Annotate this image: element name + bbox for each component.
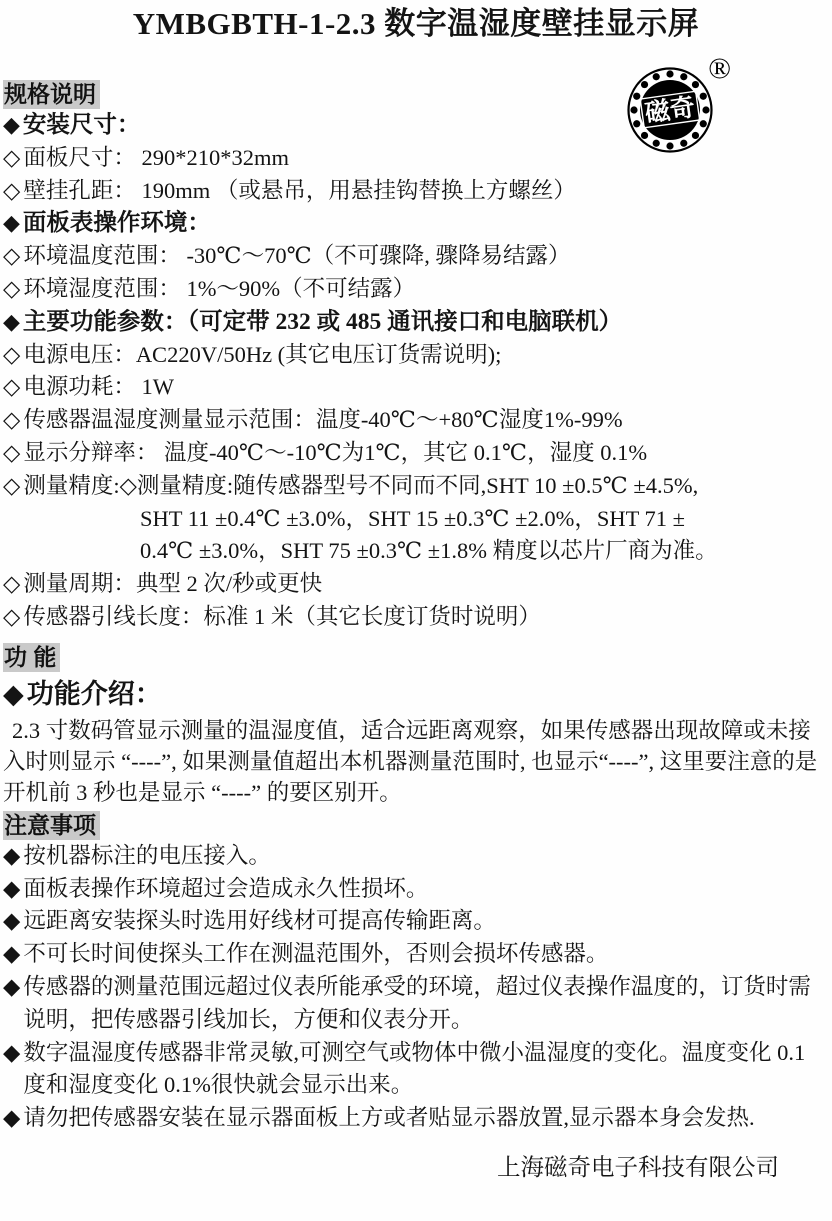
line-text: 环境湿度范围： 1%～90%（不可结露）	[23, 273, 829, 306]
filled-diamond-bullet-icon: ◆	[3, 873, 20, 906]
filled-diamond-bullet-icon: ◆	[3, 971, 20, 1004]
note-placement-heat: ◆请勿把传感器安装在显示器面板上方或者贴显示器放置,显示器本身会发热.	[3, 1102, 829, 1135]
line-text: 远距离安装探头时选用好线材可提高传输距离。	[23, 905, 829, 938]
spec-power-voltage: ◇电源电压：AC220V/50Hz (其它电压订货需说明);	[3, 339, 829, 372]
note-env-overrange-damage: ◆面板表操作环境超过会造成永久性损坏。	[3, 873, 829, 906]
line-text: 电源电压：AC220V/50Hz (其它电压订货需说明);	[23, 339, 829, 372]
open-diamond-bullet-icon: ◇	[3, 142, 20, 175]
filled-diamond-bullet-icon: ◆	[3, 840, 20, 873]
spec-sensor-display-range: ◇传感器温湿度测量显示范围：温度-40℃～+80℃湿度1%-99%	[3, 404, 829, 437]
open-diamond-bullet-icon: ◇	[3, 470, 20, 503]
line-text: 显示分辩率： 温度-40℃～-10℃为1℃，其它 0.1℃，湿度 0.1%	[23, 437, 829, 470]
filled-diamond-bullet-icon: ◆	[3, 1102, 20, 1135]
document-body: 规格说明◆安装尺寸：◇面板尺寸： 290*210*32mm◇壁挂孔距： 190m…	[3, 80, 829, 1135]
section-notes: 注意事项◆按机器标注的电压接入。◆面板表操作环境超过会造成永久性损坏。◆远距离安…	[3, 811, 829, 1135]
open-diamond-bullet-icon: ◇	[3, 175, 20, 208]
line-text: 请勿把传感器安装在显示器面板上方或者贴显示器放置,显示器本身会发热.	[23, 1102, 829, 1135]
section-function: 功 能◆功能介绍：2.3 寸数码管显示测量的温湿度值，适合远距离观察，如果传感器…	[3, 643, 829, 808]
filled-diamond-bullet-icon: ◆	[3, 675, 24, 713]
section-header-specs: 规格说明	[3, 80, 100, 109]
line-text: 测量周期：典型 2 次/秒或更快	[23, 568, 829, 601]
line-text: 主要功能参数：（可定带 232 或 485 通讯接口和电脑联机）	[23, 306, 829, 339]
spec-display-resolution: ◇显示分辩率： 温度-40℃～-10℃为1℃，其它 0.1℃，湿度 0.1%	[3, 437, 829, 470]
note-cable-quality: ◆远距离安装探头时选用好线材可提高传输距离。	[3, 905, 829, 938]
spec-accuracy-line-3: 0.4℃ ±3.0%，SHT 75 ±0.3℃ ±1.8% 精度以芯片厂商为准。	[3, 535, 829, 568]
company-footer: 上海磁奇电子科技有限公司	[3, 1153, 829, 1183]
registered-trademark-icon: ®	[708, 54, 731, 84]
line-text: 传感器引线长度：标准 1 米（其它长度订货时说明）	[23, 601, 829, 634]
filled-diamond-bullet-icon: ◆	[3, 109, 20, 142]
note-sensor-sensitivity: ◆数字温湿度传感器非常灵敏,可测空气或物体中微小温湿度的变化。温度变化 0.1 …	[3, 1037, 829, 1103]
function-intro-heading: ◆功能介绍：	[3, 675, 829, 713]
function-intro-paragraph: 2.3 寸数码管显示测量的温湿度值，适合远距离观察，如果传感器出现故障或未接入时…	[3, 715, 829, 808]
line-text: 电源功耗： 1W	[23, 371, 829, 404]
brand-logo: 磁奇 ®	[627, 67, 713, 153]
line-text: 2.3 寸数码管显示测量的温湿度值，适合远距离观察，如果传感器出现故障或未接入时…	[3, 718, 817, 805]
note-sensor-separation: ◆传感器的测量范围远超过仪表所能承受的环境，超过仪表操作温度的，订货时需说明，把…	[3, 971, 829, 1037]
open-diamond-bullet-icon: ◇	[3, 371, 20, 404]
filled-diamond-bullet-icon: ◆	[3, 207, 20, 240]
page-title: YMBGBTH-1-2.3 数字温湿度壁挂显示屏	[3, 0, 829, 42]
note-probe-range: ◆不可长时间使探头工作在测温范围外，否则会损坏传感器。	[3, 938, 829, 971]
line-text: SHT 11 ±0.4℃ ±3.0%，SHT 15 ±0.3℃ ±2.0%，SH…	[140, 503, 829, 536]
line-text: 数字温湿度传感器非常灵敏,可测空气或物体中微小温湿度的变化。温度变化 0.1 度…	[23, 1037, 829, 1103]
spec-env-humidity-range: ◇环境湿度范围： 1%～90%（不可结露）	[3, 273, 829, 306]
document-page: YMBGBTH-1-2.3 数字温湿度壁挂显示屏 磁奇 ® 规格说明◆安装尺寸：…	[0, 0, 832, 1221]
filled-diamond-bullet-icon: ◆	[3, 905, 20, 938]
open-diamond-bullet-icon: ◇	[3, 601, 20, 634]
open-diamond-bullet-icon: ◇	[3, 240, 20, 273]
note-rated-voltage: ◆按机器标注的电压接入。	[3, 840, 829, 873]
spec-measure-cycle: ◇测量周期：典型 2 次/秒或更快	[3, 568, 829, 601]
filled-diamond-bullet-icon: ◆	[3, 1037, 20, 1070]
spec-accuracy-line-2: SHT 11 ±0.4℃ ±3.0%，SHT 15 ±0.3℃ ±2.0%，SH…	[3, 503, 829, 536]
line-text: 壁挂孔距： 190mm （或悬吊，用悬挂钩替换上方螺丝）	[23, 175, 829, 208]
open-diamond-bullet-icon: ◇	[3, 273, 20, 306]
spec-accuracy-line-1: ◇测量精度:◇测量精度:随传感器型号不同而不同,SHT 10 ±0.5℃ ±4.…	[3, 470, 829, 503]
brand-logo-graphic: 磁奇	[627, 67, 713, 153]
line-text: 面板表操作环境：	[23, 207, 829, 240]
spec-lead-length: ◇传感器引线长度：标准 1 米（其它长度订货时说明）	[3, 601, 829, 634]
line-text: 0.4℃ ±3.0%，SHT 75 ±0.3℃ ±1.8% 精度以芯片厂商为准。	[140, 535, 829, 568]
spec-power-consumption: ◇电源功耗： 1W	[3, 371, 829, 404]
section-header-function: 功 能	[3, 643, 60, 672]
line-text: 面板表操作环境超过会造成永久性损坏。	[23, 873, 829, 906]
filled-diamond-bullet-icon: ◆	[3, 306, 20, 339]
filled-diamond-bullet-icon: ◆	[3, 938, 20, 971]
section-header-notes: 注意事项	[3, 811, 100, 840]
section-specs: 规格说明◆安装尺寸：◇面板尺寸： 290*210*32mm◇壁挂孔距： 190m…	[3, 80, 829, 634]
line-text: 测量精度:◇测量精度:随传感器型号不同而不同,SHT 10 ±0.5℃ ±4.5…	[23, 470, 829, 503]
line-text: 功能介绍：	[27, 675, 829, 713]
spec-heading-main-params: ◆主要功能参数：（可定带 232 或 485 通讯接口和电脑联机）	[3, 306, 829, 339]
spec-heading-operating-env: ◆面板表操作环境：	[3, 207, 829, 240]
line-text: 环境温度范围： -30℃～70℃（不可骤降, 骤降易结露）	[23, 240, 829, 273]
line-text: 按机器标注的电压接入。	[23, 840, 829, 873]
line-text: 传感器温湿度测量显示范围：温度-40℃～+80℃湿度1%-99%	[23, 404, 829, 437]
spec-env-temp-range: ◇环境温度范围： -30℃～70℃（不可骤降, 骤降易结露）	[3, 240, 829, 273]
spec-mount-hole-distance: ◇壁挂孔距： 190mm （或悬吊，用悬挂钩替换上方螺丝）	[3, 175, 829, 208]
line-text: 传感器的测量范围远超过仪表所能承受的环境，超过仪表操作温度的，订货时需说明，把传…	[23, 971, 829, 1037]
open-diamond-bullet-icon: ◇	[3, 339, 20, 372]
open-diamond-bullet-icon: ◇	[3, 568, 20, 601]
open-diamond-bullet-icon: ◇	[3, 437, 20, 470]
line-text: 不可长时间使探头工作在测温范围外，否则会损坏传感器。	[23, 938, 829, 971]
open-diamond-bullet-icon: ◇	[3, 404, 20, 437]
